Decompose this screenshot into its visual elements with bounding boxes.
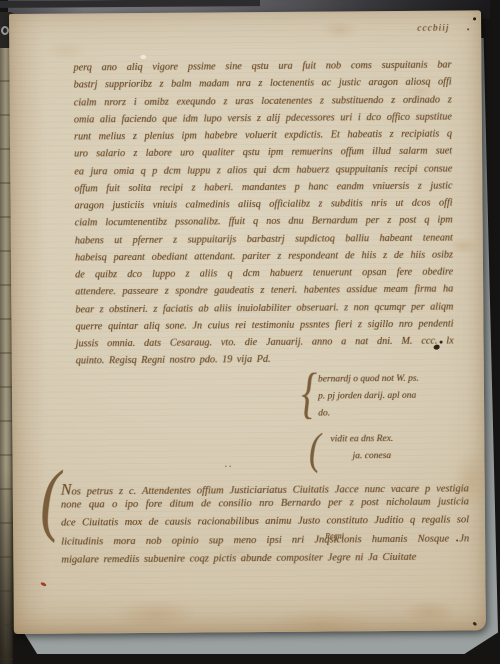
text-line: quinto. Regisq Regni nostro pdo. 19 vija… xyxy=(76,353,454,373)
brace-mark: ( xyxy=(309,428,321,472)
binding-ring xyxy=(1,26,9,35)
signature-note: vidit ea dns Rex. ja. conesa xyxy=(330,430,470,465)
note-line: bernardj o quod not W. ps. xyxy=(318,370,473,388)
paper-fleck xyxy=(140,55,146,59)
photo-background: cccbiij perq ano aliq vigore pssime sine… xyxy=(0,0,500,664)
note-line: p. pj jorden darij. apl ona xyxy=(318,387,473,405)
manuscript-page: cccbiij perq ano aliq vigore pssime sine… xyxy=(9,10,486,634)
brace-mark: { xyxy=(301,366,317,422)
corner-fleck xyxy=(472,621,477,626)
ink-speck xyxy=(456,539,458,541)
lower-paragraph: Nos petrus z c. Attendentes offium Justi… xyxy=(61,478,470,572)
text-line: migalare remediis subuenire coqz pictis … xyxy=(61,551,469,572)
note-line: do. xyxy=(318,404,473,422)
ink-dot xyxy=(467,28,469,30)
chancery-note: bernardj o quod not W. ps. p. pj jorden … xyxy=(318,370,473,422)
note-line: vidit ea dns Rex. xyxy=(330,430,470,448)
corner-fleck xyxy=(473,17,476,20)
main-paragraph: perq ano aliq vigore pssime sine qstu ur… xyxy=(73,60,453,373)
signature-line: ja. conesa xyxy=(330,447,470,465)
interlinear-insertion: Regni xyxy=(325,531,344,540)
opening-bracket: ( xyxy=(40,460,61,540)
marginal-dots: ·· xyxy=(225,461,234,471)
red-speck xyxy=(40,582,47,587)
